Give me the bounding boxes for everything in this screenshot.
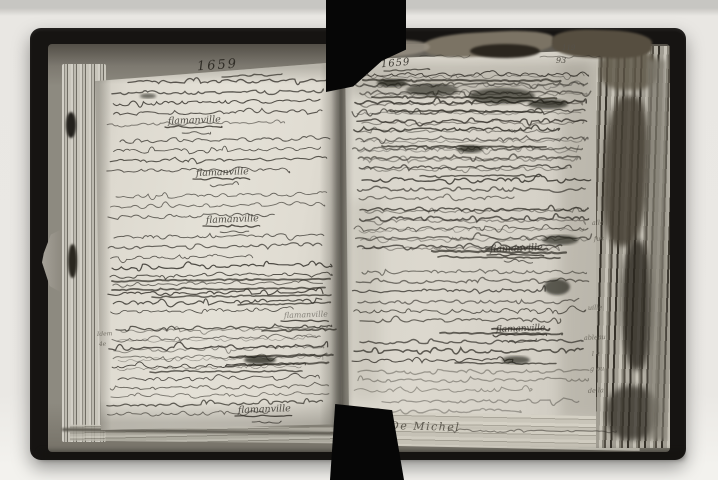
folio-number: 93 bbox=[556, 57, 566, 65]
left-page-year: 1659 bbox=[197, 58, 239, 74]
folio-number-upper: 119 bbox=[562, 45, 575, 52]
svg-text:g ou: g ou bbox=[590, 364, 605, 373]
svg-text:ableau: ableau bbox=[584, 333, 606, 342]
holding-strap-bottom bbox=[330, 404, 404, 480]
svg-text:flamanville: flamanville bbox=[205, 213, 260, 226]
svg-text:alle: alle bbox=[592, 218, 604, 227]
fore-edge-inscription: De Michel bbox=[390, 420, 461, 433]
svg-text:uille: uille bbox=[588, 303, 603, 312]
svg-text:flamanville: flamanville bbox=[167, 114, 222, 127]
svg-text:flamanville: flamanville bbox=[283, 309, 329, 320]
svg-text:4e: 4e bbox=[98, 341, 107, 348]
svg-text:flamanville: flamanville bbox=[195, 166, 250, 179]
svg-text:fus: fus bbox=[593, 234, 605, 243]
svg-text:Idem: Idem bbox=[96, 330, 113, 338]
svg-text:de la: de la bbox=[588, 386, 605, 395]
svg-text:l a: l a bbox=[592, 350, 601, 358]
manuscript-photo: flamanvilleflamanvilleflamanvilleflamanv… bbox=[0, 0, 718, 480]
svg-text:flamanville: flamanville bbox=[237, 403, 292, 416]
